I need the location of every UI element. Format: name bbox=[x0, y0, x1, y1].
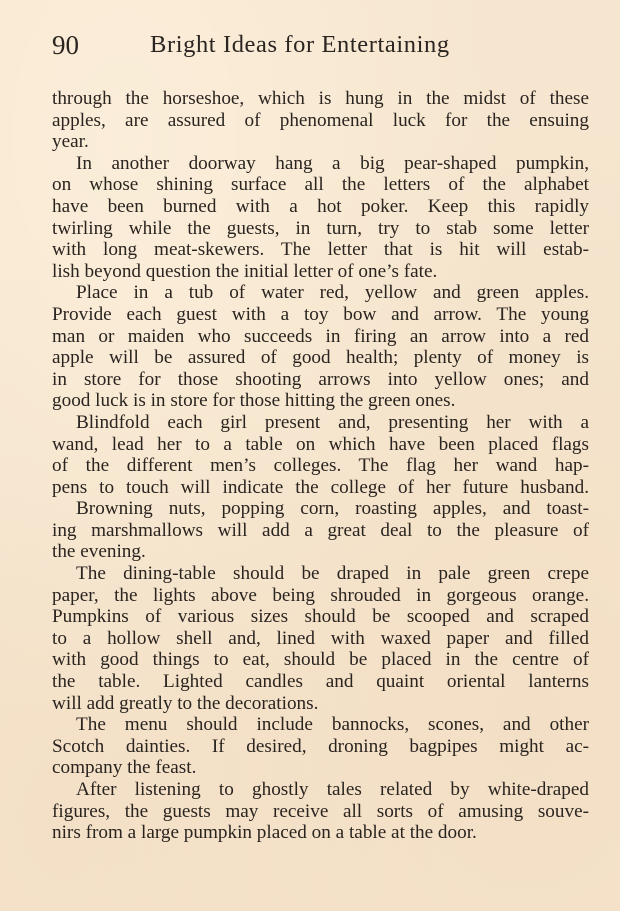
text-line: Blindfold each girl present and, present… bbox=[52, 412, 589, 434]
text-line: Provide each guest with a toy bow and ar… bbox=[52, 304, 589, 326]
text-line: on whose shining surface all the letters… bbox=[52, 174, 589, 196]
text-line: will add greatly to the decorations. bbox=[52, 693, 589, 715]
text-line: the evening. bbox=[52, 541, 589, 563]
paragraph: through the horseshoe, which is hung in … bbox=[52, 88, 589, 153]
text-line: pens to touch will indicate the college … bbox=[52, 477, 589, 499]
text-line: Browning nuts, popping corn, roasting ap… bbox=[52, 498, 589, 520]
paragraph: After listening to ghostly tales related… bbox=[52, 779, 589, 844]
paragraph: The dining-table should be draped in pal… bbox=[52, 563, 589, 714]
page-number: 90 bbox=[52, 30, 79, 61]
text-line: the table. Lighted candles and quaint or… bbox=[52, 671, 589, 693]
text-line: ing marshmallows will add a great deal t… bbox=[52, 520, 589, 542]
text-line: with good things to eat, should be place… bbox=[52, 649, 589, 671]
text-line: twirling while the guests, in turn, try … bbox=[52, 218, 589, 240]
text-line: nirs from a large pumpkin placed on a ta… bbox=[52, 822, 589, 844]
text-line: apple will be assured of good health; pl… bbox=[52, 347, 589, 369]
text-line: with long meat-skewers. The letter that … bbox=[52, 239, 589, 261]
text-line: The dining-table should be draped in pal… bbox=[52, 563, 589, 585]
text-line: have been burned with a hot poker. Keep … bbox=[52, 196, 589, 218]
body-text: through the horseshoe, which is hung in … bbox=[52, 88, 589, 844]
book-page: 90 Bright Ideas for Entertaining through… bbox=[0, 0, 620, 911]
text-line: company the feast. bbox=[52, 757, 589, 779]
paragraph: Place in a tub of water red, yellow and … bbox=[52, 282, 589, 412]
text-line: through the horseshoe, which is hung in … bbox=[52, 88, 589, 110]
text-line: In another doorway hang a big pear-shape… bbox=[52, 153, 589, 175]
text-line: Place in a tub of water red, yellow and … bbox=[52, 282, 589, 304]
book-title: Bright Ideas for Entertaining bbox=[150, 31, 450, 59]
text-line: to a hollow shell and, lined with waxed … bbox=[52, 628, 589, 650]
text-line: of the different men’s colleges. The fla… bbox=[52, 455, 589, 477]
text-line: year. bbox=[52, 131, 589, 153]
text-line: good luck is in store for those hitting … bbox=[52, 390, 589, 412]
paragraph: Browning nuts, popping corn, roasting ap… bbox=[52, 498, 589, 563]
text-line: apples, are assured of phenomenal luck f… bbox=[52, 110, 589, 132]
text-line: wand, lead her to a table on which have … bbox=[52, 434, 589, 456]
text-line: Scotch dainties. If desired, droning bag… bbox=[52, 736, 589, 758]
paragraph: In another doorway hang a big pear-shape… bbox=[52, 153, 589, 283]
text-line: figures, the guests may receive all sort… bbox=[52, 801, 589, 823]
text-line: Pumpkins of various sizes should be scoo… bbox=[52, 606, 589, 628]
text-line: man or maiden who succeeds in firing an … bbox=[52, 326, 589, 348]
text-line: paper, the lights above being shrouded i… bbox=[52, 585, 589, 607]
text-line: After listening to ghostly tales related… bbox=[52, 779, 589, 801]
text-line: lish beyond question the initial letter … bbox=[52, 261, 589, 283]
text-line: The menu should include bannocks, scones… bbox=[52, 714, 589, 736]
text-line: in store for those shooting arrows into … bbox=[52, 369, 589, 391]
paragraph: Blindfold each girl present and, present… bbox=[52, 412, 589, 498]
running-head: 90 Bright Ideas for Entertaining bbox=[52, 30, 592, 70]
paragraph: The menu should include bannocks, scones… bbox=[52, 714, 589, 779]
